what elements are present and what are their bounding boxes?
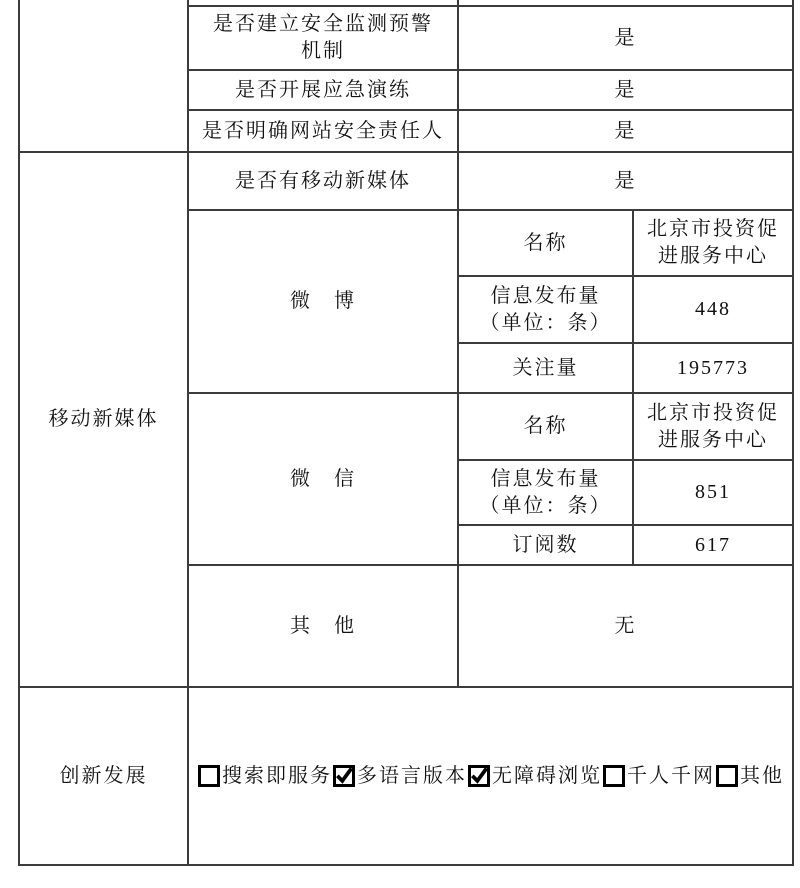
- innovation-option-label: 多语言版本: [357, 763, 467, 790]
- weibo-name-label: 名称: [458, 210, 633, 276]
- innovation-option[interactable]: 搜索即服务: [197, 763, 332, 790]
- innovation-option[interactable]: 多语言版本: [332, 763, 467, 790]
- security-question-label: 是否建立安全监测预警 机制: [188, 6, 458, 70]
- group-cell-above-empty: [19, 0, 188, 152]
- innovation-option[interactable]: 其他: [715, 763, 784, 790]
- weibo-name-value: 北京市投资促 进服务中心: [633, 210, 793, 276]
- wechat-posts-label: 信息发布量 （单位：条）: [458, 460, 633, 525]
- weibo-followers-value: 195773: [633, 343, 793, 393]
- weibo-posts-label: 信息发布量 （单位：条）: [458, 276, 633, 343]
- group-cell-innovation: 创新发展: [19, 687, 188, 865]
- security-question-value: 是: [458, 6, 793, 70]
- wechat-posts-value: 851: [633, 460, 793, 525]
- check-icon: [334, 765, 354, 785]
- security-question-label: 是否明确网站安全责任人: [188, 110, 458, 152]
- innovation-option-label: 搜索即服务: [222, 763, 332, 790]
- wechat-name-value: 北京市投资促 进服务中心: [633, 393, 793, 460]
- annual-report-table: 是否建立安全监测预警 机制 是 是否开展应急演练 是 是否明确网站安全责任人 是…: [18, 0, 794, 866]
- innovation-option-label: 无障碍浏览: [492, 763, 602, 790]
- check-icon: [469, 765, 489, 785]
- security-question-label: 是否开展应急演练: [188, 70, 458, 110]
- innovation-option[interactable]: 千人千网: [602, 763, 715, 790]
- group-cell-mobile-media: 移动新媒体: [19, 152, 188, 687]
- wechat-subscribers-label: 订阅数: [458, 525, 633, 565]
- other-media-value: 无: [458, 565, 793, 687]
- checkbox-icon[interactable]: [468, 765, 490, 787]
- has-mobile-media-value: 是: [458, 152, 793, 210]
- innovation-option[interactable]: 无障碍浏览: [467, 763, 602, 790]
- wechat-subscribers-value: 617: [633, 525, 793, 565]
- innovation-option-label: 其他: [740, 763, 784, 790]
- table-row: 移动新媒体 是否有移动新媒体 是: [19, 152, 793, 210]
- weibo-posts-value: 448: [633, 276, 793, 343]
- innovation-option-label: 千人千网: [627, 763, 715, 790]
- security-question-value: 是: [458, 110, 793, 152]
- has-mobile-media-label: 是否有移动新媒体: [188, 152, 458, 210]
- weibo-group-cell: 微 博: [188, 210, 458, 393]
- checkbox-icon[interactable]: [716, 765, 738, 787]
- wechat-group-cell: 微 信: [188, 393, 458, 565]
- innovation-options-cell: 搜索即服务 多语言版本 无障碍浏览 千人千网: [188, 687, 793, 865]
- checkbox-icon[interactable]: [198, 765, 220, 787]
- table-row: 创新发展 搜索即服务 多语言版本 无障碍浏览: [19, 687, 793, 865]
- other-media-label: 其 他: [188, 565, 458, 687]
- innovation-options-line: 搜索即服务 多语言版本 无障碍浏览 千人千网: [197, 763, 784, 790]
- security-question-value: 是: [458, 70, 793, 110]
- checkbox-icon[interactable]: [603, 765, 625, 787]
- weibo-followers-label: 关注量: [458, 343, 633, 393]
- wechat-name-label: 名称: [458, 393, 633, 460]
- checkbox-icon[interactable]: [333, 765, 355, 787]
